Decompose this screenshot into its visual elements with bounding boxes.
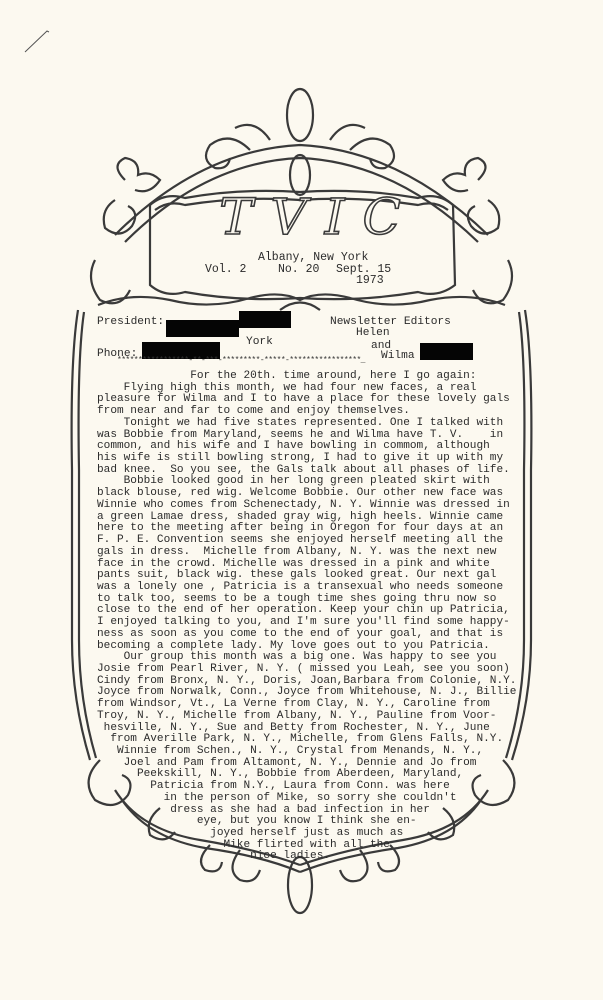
president-city-fragment: York: [246, 337, 273, 349]
president-label: President:: [97, 317, 164, 329]
body-line: in the person of Mike, so sorry she coul…: [97, 793, 517, 805]
body-line: his wife is still bowling strong, I had …: [97, 453, 517, 465]
body-line: Josie from Pearl River, N. Y. ( missed y…: [97, 664, 517, 676]
editor-1: Helen: [356, 328, 390, 340]
newsletter-body: For the 20th. time around, here I go aga…: [97, 371, 517, 863]
body-line: ness as soon as you come to the end of y…: [97, 629, 517, 641]
masthead-volume: Vol. 2: [205, 264, 246, 276]
newsletter-logo: TVIC: [168, 190, 470, 244]
body-line: Troy, N. Y., Michelle from Albany, N. Y.…: [97, 711, 517, 723]
redaction-box: [239, 311, 291, 328]
editors-label: Newsletter Editors: [330, 317, 451, 329]
redaction-box: [420, 343, 473, 360]
body-line: was a lonely one , Patricia is a transex…: [97, 582, 517, 594]
newsletter-page: TVIC Albany, New York Vol. 2 No. 20 Sept…: [0, 0, 603, 1000]
body-line: joyed herself just as much as: [97, 828, 517, 840]
star-divider: *****************-**-***-*********-*****…: [117, 356, 365, 365]
masthead-number: No. 20: [278, 264, 319, 276]
editor-2: Wilma: [381, 351, 415, 363]
body-line: Winnie who comes from Schenectady, N. Y.…: [97, 500, 517, 512]
masthead-year: 1973: [356, 275, 384, 287]
body-line: Tonight we had five states represented. …: [97, 418, 517, 430]
body-line: For the 20th. time around, here I go aga…: [97, 371, 517, 383]
body-line: gals in dress. Michelle from Albany, N. …: [97, 547, 517, 559]
body-line: nice ladies.: [97, 851, 517, 863]
redaction-box: [166, 320, 239, 337]
body-line: Winnie from Schen., N. Y., Crystal from …: [97, 746, 517, 758]
masthead: TVIC: [150, 190, 470, 244]
